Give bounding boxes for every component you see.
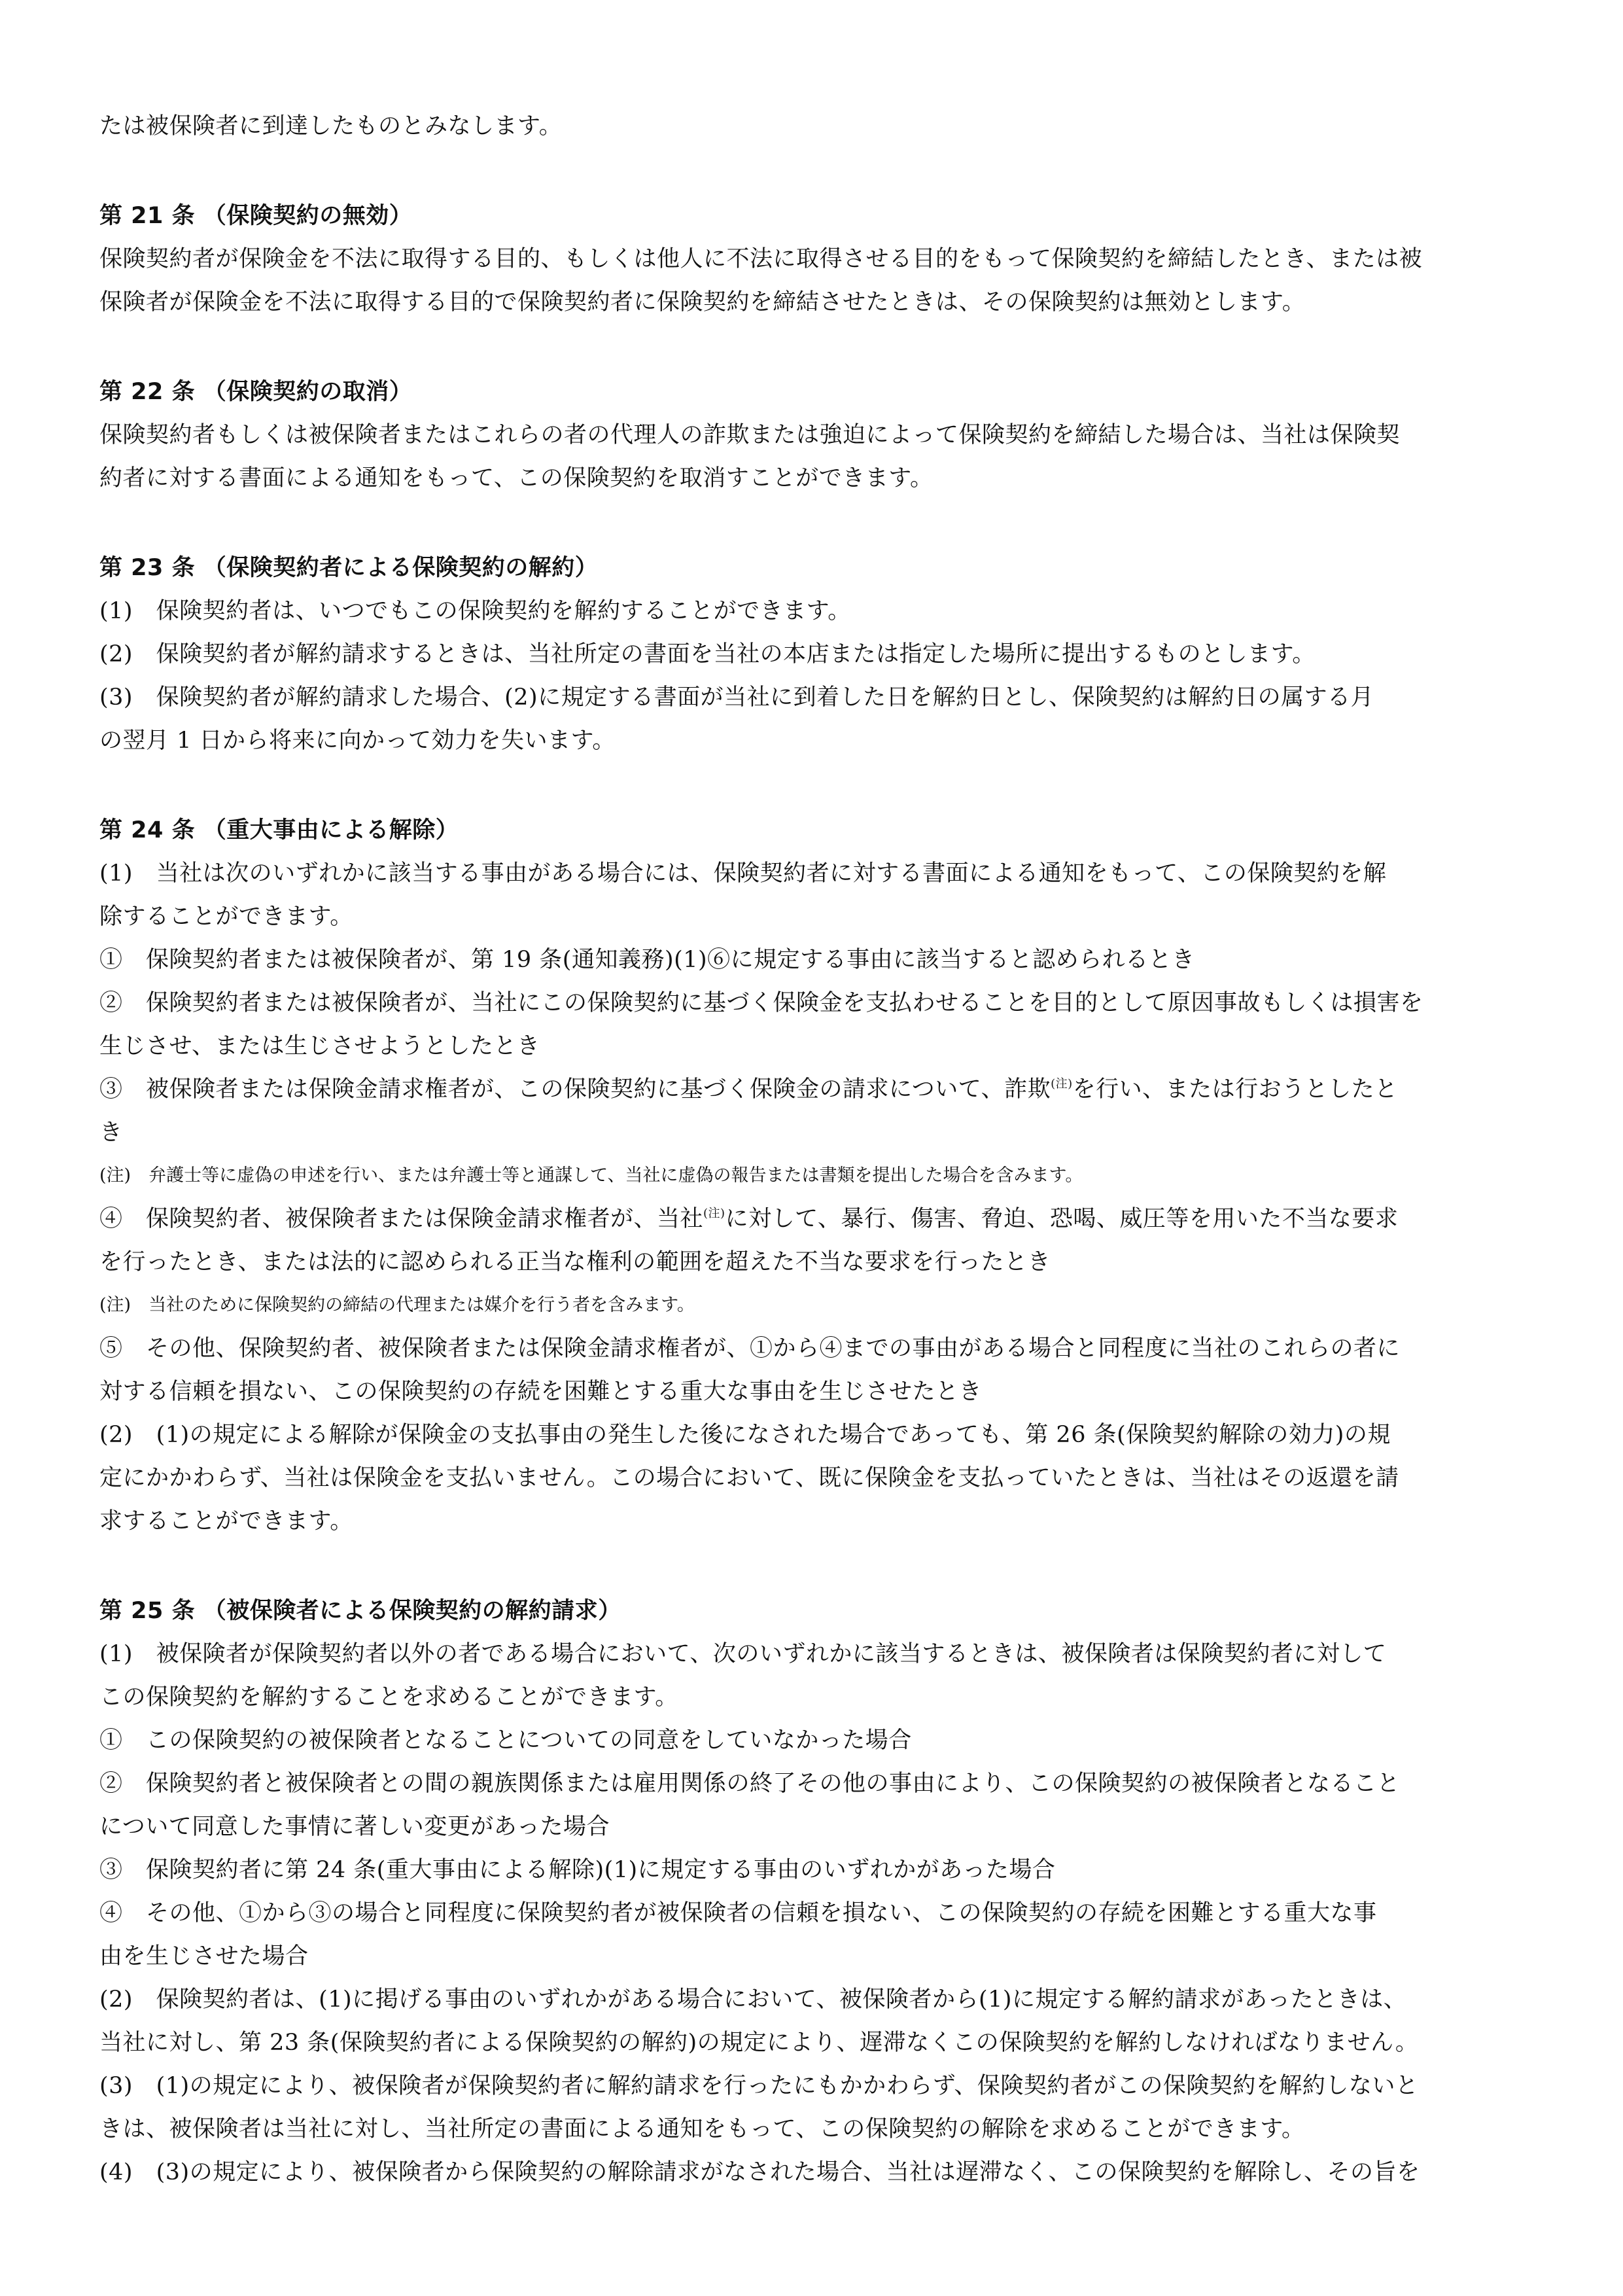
article-line: (1) 当社は次のいずれかに該当する事由がある場合には、保険契約者に対する書面に… bbox=[99, 852, 1532, 895]
article-line: き bbox=[99, 1111, 1532, 1154]
article-24: 第 24 条 （重大事由による解除） (1) 当社は次のいずれかに該当する事由が… bbox=[99, 809, 1532, 1543]
article-line: ① この保険契約の被保険者となることについての同意をしていなかった場合 bbox=[99, 1719, 1532, 1762]
article-line: ② 保険契約者または被保険者が、当社にこの保険契約に基づく保険金を支払わせること… bbox=[99, 981, 1532, 1025]
article-line: (3) 保険契約者が解約請求した場合、(2)に規定する書面が当社に到着した日を解… bbox=[99, 676, 1532, 719]
article-line: 由を生じさせた場合 bbox=[99, 1935, 1532, 1978]
article-line: (1) 保険契約者は、いつでもこの保険契約を解約することができます。 bbox=[99, 590, 1532, 633]
article-line: (2) 保険契約者が解約請求するときは、当社所定の書面を当社の本店または指定した… bbox=[99, 633, 1532, 676]
article-line: 除することができます。 bbox=[99, 895, 1532, 938]
article-line: この保険契約を解約することを求めることができます。 bbox=[99, 1676, 1532, 1719]
article-line: を行ったとき、または法的に認められる正当な権利の範囲を超えた不当な要求を行ったと… bbox=[99, 1241, 1532, 1284]
article-line: (3) (1)の規定により、被保険者が保険契約者に解約請求を行ったにもかかわらず… bbox=[99, 2064, 1532, 2108]
article-line: 生じさせ、または生じさせようとしたとき bbox=[99, 1025, 1532, 1068]
spacer bbox=[99, 324, 1532, 370]
article-25: 第 25 条 （被保険者による保険契約の解約請求） (1) 被保険者が保険契約者… bbox=[99, 1589, 1532, 2194]
footnote: (注) 弁護士等に虚偽の申述を行い、または弁護士等と通謀して、当社に虚偽の報告ま… bbox=[99, 1154, 1532, 1197]
article-line: (2) (1)の規定による解除が保険金の支払事由の発生した後になされた場合であっ… bbox=[99, 1413, 1532, 1457]
article-line: 保険契約者もしくは被保険者またはこれらの者の代理人の詐欺または強迫によって保険契… bbox=[99, 414, 1532, 457]
article-line: 約者に対する書面による通知をもって、この保険契約を取消すことができます。 bbox=[99, 457, 1532, 500]
article-23: 第 23 条 （保険契約者による保険契約の解約） (1) 保険契約者は、いつでも… bbox=[99, 546, 1532, 762]
article-line-with-note: ③ 被保険者または保険金請求権者が、この保険契約に基づく保険金の請求について、詐… bbox=[99, 1068, 1532, 1111]
article-heading: 第 21 条 （保険契約の無効） bbox=[99, 194, 1532, 238]
article-21: 第 21 条 （保険契約の無効） 保険契約者が保険金を不法に取得する目的、もしく… bbox=[99, 194, 1532, 324]
spacer bbox=[99, 148, 1532, 194]
footnote: (注) 当社のために保険契約の締結の代理または媒介を行う者を含みます。 bbox=[99, 1284, 1532, 1327]
article-line: 保険者が保険金を不法に取得する目的で保険契約者に保険契約を締結させたときは、その… bbox=[99, 281, 1532, 324]
article-line: 定にかかわらず、当社は保険金を支払いません。この場合において、既に保険金を支払っ… bbox=[99, 1457, 1532, 1500]
note-marker: (注) bbox=[703, 1207, 725, 1220]
article-line: 保険契約者が保険金を不法に取得する目的、もしくは他人に不法に取得させる目的をもっ… bbox=[99, 238, 1532, 281]
spacer bbox=[99, 500, 1532, 546]
article-heading: 第 24 条 （重大事由による解除） bbox=[99, 809, 1532, 852]
text-segment: ④ 保険契約者、被保険者または保険金請求権者が、当社 bbox=[99, 1206, 703, 1232]
article-line: ④ その他、①から③の場合と同程度に保険契約者が被保険者の信頼を損ない、この保険… bbox=[99, 1892, 1532, 1935]
article-line: (1) 被保険者が保険契約者以外の者である場合において、次のいずれかに該当すると… bbox=[99, 1633, 1532, 1676]
article-line: きは、被保険者は当社に対し、当社所定の書面による通知をもって、この保険契約の解除… bbox=[99, 2108, 1532, 2151]
article-line: (2) 保険契約者は、(1)に掲げる事由のいずれかがある場合において、被保険者か… bbox=[99, 1978, 1532, 2021]
text-segment: を行い、または行おうとしたと bbox=[1073, 1076, 1398, 1103]
article-line: について同意した事情に著しい変更があった場合 bbox=[99, 1805, 1532, 1848]
article-heading: 第 23 条 （保険契約者による保険契約の解約） bbox=[99, 546, 1532, 590]
article-22: 第 22 条 （保険契約の取消） 保険契約者もしくは被保険者またはこれらの者の代… bbox=[99, 370, 1532, 500]
article-line: 求することができます。 bbox=[99, 1500, 1532, 1543]
article-line: ③ 保険契約者に第 24 条(重大事由による解除)(1)に規定する事由のいずれか… bbox=[99, 1848, 1532, 1892]
article-heading: 第 22 条 （保険契約の取消） bbox=[99, 370, 1532, 414]
article-heading: 第 25 条 （被保険者による保険契約の解約請求） bbox=[99, 1589, 1532, 1633]
article-line: ⑤ その他、保険契約者、被保険者または保険金請求権者が、①から④までの事由がある… bbox=[99, 1327, 1532, 1370]
article-line: 対する信頼を損ない、この保険契約の存続を困難とする重大な事由を生じさせたとき bbox=[99, 1370, 1532, 1413]
intro-line: たは被保険者に到達したものとみなします。 bbox=[99, 105, 1532, 148]
article-line: (4) (3)の規定により、被保険者から保険契約の解除請求がなされた場合、当社は… bbox=[99, 2151, 1532, 2194]
text-segment: ③ 被保険者または保険金請求権者が、この保険契約に基づく保険金の請求について、詐… bbox=[99, 1076, 1051, 1103]
article-line: ① 保険契約者または被保険者が、第 19 条(通知義務)(1)⑥に規定する事由に… bbox=[99, 938, 1532, 981]
spacer bbox=[99, 762, 1532, 809]
spacer bbox=[99, 1543, 1532, 1589]
article-line: ② 保険契約者と被保険者との間の親族関係または雇用関係の終了その他の事由により、… bbox=[99, 1762, 1532, 1805]
text-segment: に対して、暴行、傷害、脅迫、恐喝、威圧等を用いた不当な要求 bbox=[725, 1206, 1399, 1232]
document-page: たは被保険者に到達したものとみなします。 第 21 条 （保険契約の無効） 保険… bbox=[99, 105, 1532, 2194]
article-line: の翌月 1 日から将来に向かって効力を失います。 bbox=[99, 719, 1532, 762]
article-line: 当社に対し、第 23 条(保険契約者による保険契約の解約)の規定により、遅滞なく… bbox=[99, 2021, 1532, 2064]
note-marker: (注) bbox=[1051, 1077, 1073, 1091]
article-line-with-note: ④ 保険契約者、被保険者または保険金請求権者が、当社(注)に対して、暴行、傷害、… bbox=[99, 1197, 1532, 1241]
